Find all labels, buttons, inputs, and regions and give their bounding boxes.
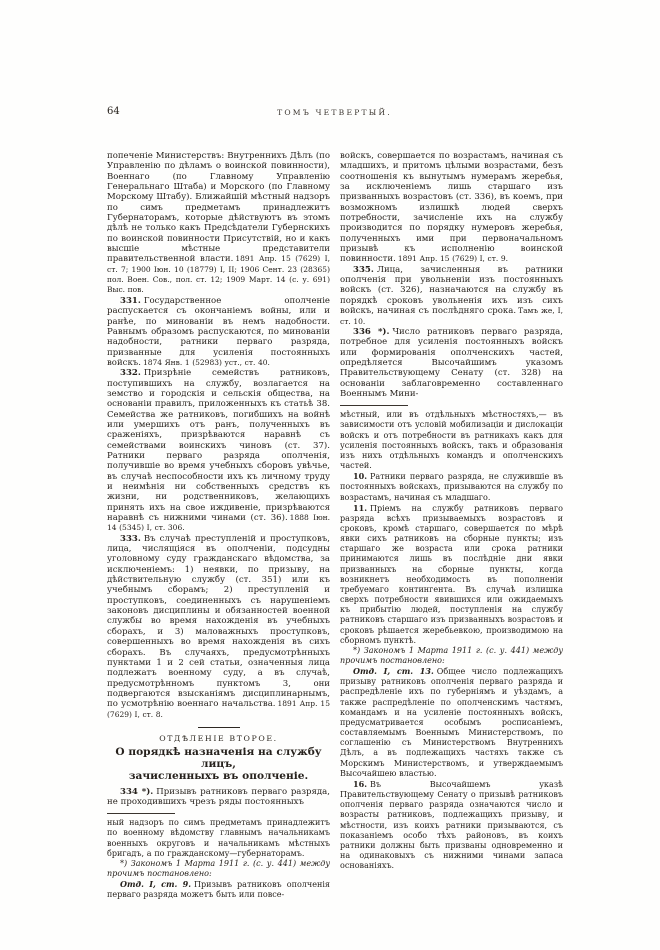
footnote-text: Въ Высочайшемъ указѣ Правительствующему … [340, 780, 563, 870]
statute-number: 335. [353, 265, 374, 275]
statute-paragraph: 331.Государственное ополченіе распускает… [107, 296, 330, 368]
statute-text: войскъ, совершается по возрастамъ, начин… [340, 151, 563, 264]
footnote-separator-rule [340, 405, 408, 406]
statute-number: 334 *). [120, 787, 153, 797]
text-columns: попеченіе Министерствъ: Внутреннихъ Дѣлъ… [107, 151, 563, 900]
statute-number: 332. [120, 368, 141, 378]
footnote-separator-rule [107, 813, 175, 814]
footnote-law-note: *) Закономъ 1 Марта 1911 г. (с. у. 441) … [340, 646, 563, 666]
right-footnote-block: мѣстный, или въ отдѣльныхъ мѣстностяхъ,—… [340, 410, 563, 871]
statute-paragraph: 333.Въ случаѣ преступленій и проступковъ… [107, 534, 330, 720]
statute-paragraph: попеченіе Министерствъ: Внутреннихъ Дѣлъ… [107, 151, 330, 296]
left-footnote-block: ный надзоръ по симъ предметамъ принадлеж… [107, 818, 330, 900]
footnote-paragraph: 10.Ратники перваго разряда, не служившіе… [340, 471, 563, 502]
footnote-paragraph: Отд. I, ст. 9.Призывъ ратниковъ ополчені… [107, 879, 330, 900]
statute-paragraph: 336 *).Число ратниковъ перваго разряда, … [340, 327, 563, 399]
division-label: ОТДѢЛЕНІЕ ВТОРОЕ. [107, 734, 330, 743]
footnote-article-ref: Отд. I, ст. 9. [120, 879, 191, 889]
statute-number: 331. [120, 296, 141, 306]
section-heading-line1: О порядкѣ назначенія на службу лицъ, [107, 746, 330, 770]
footnote-text: мѣстный, или въ отдѣльныхъ мѣстностяхъ,—… [340, 410, 563, 470]
page-header: 64 ТОМЪ ЧЕТВЕРТЫЙ. [107, 106, 562, 122]
statute-paragraph: войскъ, совершается по возрастамъ, начин… [340, 151, 563, 265]
statute-text: Число ратниковъ перваго разряда, потребн… [340, 327, 563, 399]
left-column: попеченіе Министерствъ: Внутреннихъ Дѣлъ… [107, 151, 330, 900]
section-heading-line2: зачисленныхъ въ ополченіе. [107, 770, 330, 782]
statute-paragraph: 334 *).Призывъ ратниковъ перваго разряда… [107, 787, 330, 808]
statute-paragraph: 335.Лица, зачисленныя въ ратники ополчен… [340, 265, 563, 327]
section-heading: О порядкѣ назначенія на службу лицъ, зач… [107, 746, 330, 783]
statute-text: попеченіе Министерствъ: Внутреннихъ Дѣлъ… [107, 151, 330, 264]
section-divider-rule [198, 727, 240, 728]
footnote-paragraph: Отд. I, ст. 13.Общее число подлежащихъ п… [340, 666, 563, 779]
footnote-item-number: 11. [353, 503, 367, 513]
footnote-text: Пріемъ на службу ратниковъ перваго разря… [340, 504, 563, 645]
statute-citation: 1891 Апр. 15 (7629) I, ст. 9. [398, 254, 508, 263]
footnote-item-number: 16. [353, 779, 367, 789]
scanned-book-page: 64 ТОМЪ ЧЕТВЕРТЫЙ. попеченіе Министерств… [0, 0, 660, 950]
right-column: войскъ, совершается по возрастамъ, начин… [340, 151, 563, 900]
statute-text: Въ случаѣ преступленій и проступковъ, ли… [107, 534, 330, 710]
footnote-text: ный надзоръ по симъ предметамъ принадлеж… [107, 818, 330, 857]
footnote-paragraph: ный надзоръ по симъ предметамъ принадлеж… [107, 818, 330, 859]
footnote-text: *) Закономъ 1 Марта 1911 г. (с. у. 441) … [340, 646, 563, 665]
footnote-item-number: 10. [353, 471, 367, 481]
statute-paragraph: 332.Призрѣніе семействъ ратниковъ, посту… [107, 368, 330, 534]
footnote-paragraph: мѣстный, или въ отдѣльныхъ мѣстностяхъ,—… [340, 410, 563, 471]
statute-citation: 1874 Янв. 1 (52983) уст., ст. 40. [143, 358, 270, 367]
footnote-article-ref: Отд. I, ст. 13. [353, 666, 434, 676]
statute-text: Призрѣніе семействъ ратниковъ, поступивш… [107, 368, 330, 523]
running-title: ТОМЪ ЧЕТВЕРТЫЙ. [107, 108, 562, 117]
footnote-paragraph: 11.Пріемъ на службу ратниковъ перваго ра… [340, 503, 563, 646]
statute-number: 336 *). [353, 327, 389, 337]
footnote-text: Общее число подлежащихъ призыву ратников… [340, 667, 563, 778]
footnote-paragraph: 16.Въ Высочайшемъ указѣ Правительствующе… [340, 779, 563, 871]
footnote-text: Ратники перваго разряда, не служившіе въ… [340, 472, 563, 501]
statute-number: 333. [120, 534, 141, 544]
footnote-text: *) Закономъ 1 Марта 1911 г. (с. у. 441) … [107, 859, 330, 878]
footnote-law-note: *) Закономъ 1 Марта 1911 г. (с. у. 441) … [107, 859, 330, 879]
